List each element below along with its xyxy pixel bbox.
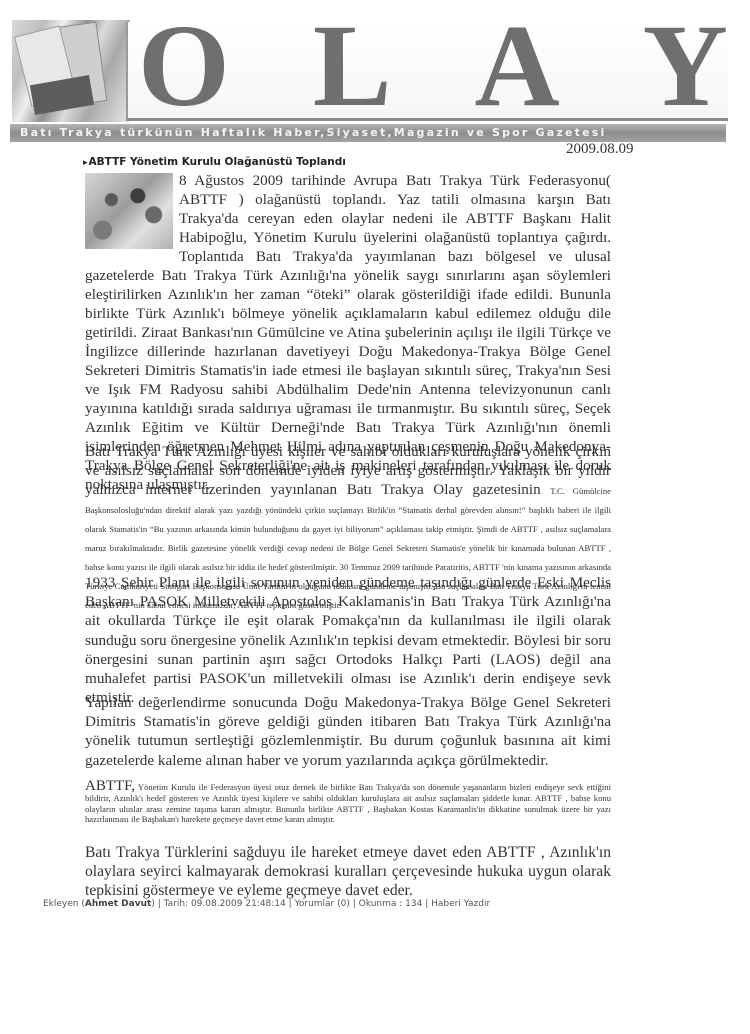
article-photo <box>85 173 173 249</box>
reads-count: 134 <box>405 899 422 909</box>
logo-letter: O <box>138 16 230 116</box>
separator: | <box>289 899 292 909</box>
separator: | <box>158 899 161 909</box>
separator: | <box>353 899 356 909</box>
article-meta-footer: Ekleyen (Ahmet Davut) | Tarih: 09.08.200… <box>43 899 490 909</box>
print-article-link[interactable]: Haberi Yazdır <box>431 899 490 909</box>
masthead: O L A Y Batı Trakya türkünün Haftalık Ha… <box>8 18 728 144</box>
issue-date: 2009.08.09 <box>566 141 634 158</box>
logo-letter: L <box>313 16 392 116</box>
triangle-bullet-icon: ▸ <box>83 158 88 168</box>
logo-letter: A <box>475 16 560 116</box>
logo-letter: Y <box>643 16 728 116</box>
reads-label: Okunma : <box>359 899 403 909</box>
article-paragraph: Yapılan değerlendirme sonucunda Doğu Mak… <box>85 693 611 770</box>
added-by-label: Ekleyen <box>43 899 79 909</box>
date-value: 09.08.2009 21:48:14 <box>191 899 286 909</box>
paragraph-text-large: Batı Trakya Türk Azınlığı üyesi kişiler … <box>85 443 611 498</box>
author-name[interactable]: Ahmet Davut <box>85 899 151 909</box>
article-paragraph: Batı Trakya Türklerini sağduyu ile harek… <box>85 843 611 900</box>
paragraph-text-small: Yönetim Kurulu ile Federasyon üyesi otuz… <box>85 782 611 824</box>
masthead-newspapers-image <box>12 20 130 122</box>
masthead-tagline: Batı Trakya türkünün Haftalık Haber,Siya… <box>10 124 726 142</box>
paragraph-lead: ABTTF, <box>85 778 135 794</box>
article-title: ▸ABTTF Yönetim Kurulu Olağanüstü Topland… <box>83 156 346 168</box>
date-label: Tarih: <box>164 899 188 909</box>
article-paragraph: ABTTF, Yönetim Kurulu ile Federasyon üye… <box>85 781 611 825</box>
comments-link[interactable]: Yorumlar (0) <box>295 899 350 909</box>
masthead-logo: O L A Y <box>138 16 728 116</box>
article-paragraph: 1933 Şehir Planı ile ilgili sorunun yeni… <box>85 573 611 707</box>
separator: | <box>425 899 428 909</box>
article-title-text: ABTTF Yönetim Kurulu Olağanüstü Toplandı <box>89 156 346 168</box>
